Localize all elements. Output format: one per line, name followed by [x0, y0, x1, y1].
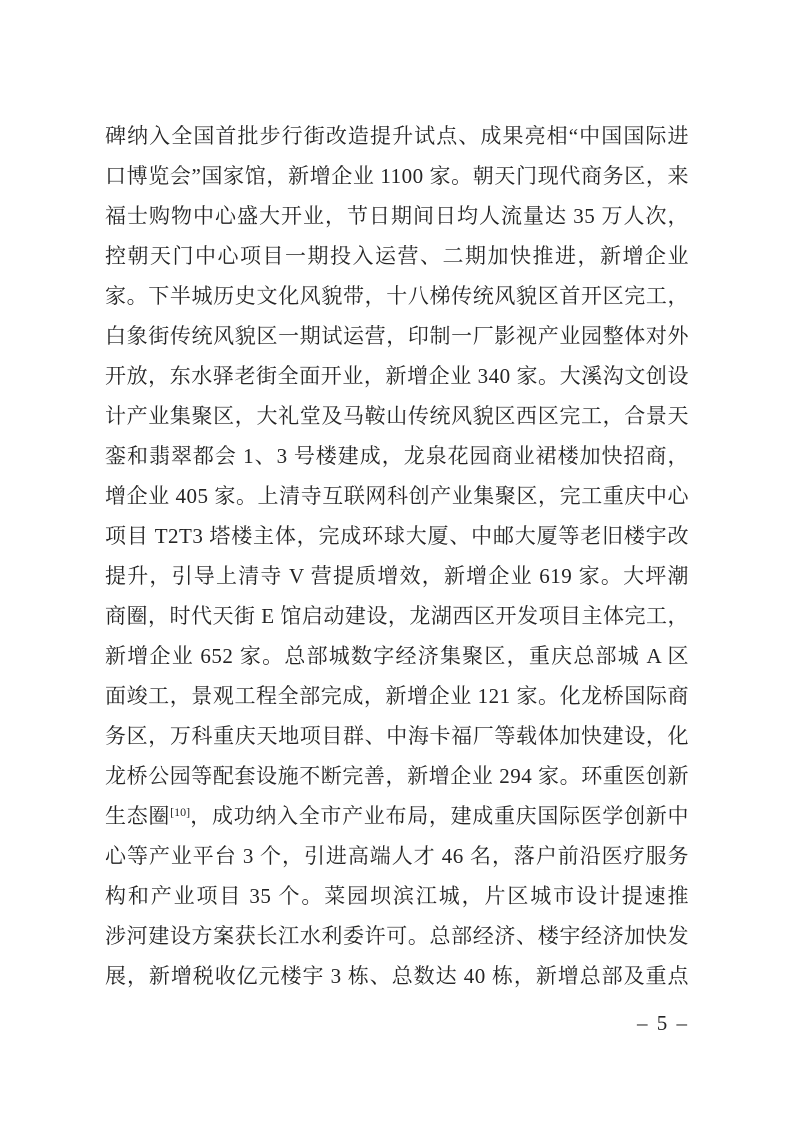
text-line: 口博览会”国家馆，新增企业 1100 家。朝天门现代商务区，来 — [105, 156, 689, 196]
text-line: 福士购物中心盛大开业，节日期间日均人流量达 35 万人次，光 — [105, 196, 689, 236]
text-line: 家。下半城历史文化风貌带，十八梯传统风貌区首开区完工， — [105, 276, 689, 316]
text-line: 控朝天门中心项目一期投入运营、二期加快推进，新增企业 341 — [105, 236, 689, 276]
text-line: 新增企业 652 家。总部城数字经济集聚区，重庆总部城 A 区全 — [105, 636, 689, 676]
text-line: 提升，引导上清寺 V 营提质增效，新增企业 619 家。大坪潮流 — [105, 556, 689, 596]
text-line: 龙桥公园等配套设施不断完善，新增企业 294 家。环重医创新 — [105, 756, 689, 796]
text-line: 增企业 405 家。上清寺互联网科创产业集聚区，完工重庆中心 — [105, 476, 689, 516]
text-line: 构和产业项目 35 个。菜园坝滨江城，片区城市设计提速推进， — [105, 876, 689, 916]
text-line: 展，新增税收亿元楼宇 3 栋、总数达 40 栋，新增总部及重点企 — [105, 956, 689, 996]
text-line: 计产业集聚区，大礼堂及马鞍山传统风貌区西区完工，合景天 — [105, 396, 689, 436]
text-line: 銮和翡翠都会 1、3 号楼建成，龙泉花园商业裙楼加快招商，新 — [105, 436, 689, 476]
text-line: 项目 T2T3 塔楼主体，完成环球大厦、中邮大厦等老旧楼宇改造 — [105, 516, 689, 556]
page-number: – 5 – — [105, 1003, 689, 1043]
text-segment: ，成功纳入全市产业布局，建成重庆国际医学创新中 — [190, 804, 689, 828]
text-lines: 碑纳入全国首批步行街改造提升试点、成果亮相“中国国际进口博览会”国家馆，新增企业… — [105, 116, 689, 996]
text-line: 商圈，时代天街 E 馆启动建设，龙湖西区开发项目主体完工， — [105, 596, 689, 636]
text-line: 碑纳入全国首批步行街改造提升试点、成果亮相“中国国际进 — [105, 116, 689, 156]
text-line: 白象街传统风貌区一期试运营，印制一厂影视产业园整体对外 — [105, 316, 689, 356]
footnote-marker: [10] — [170, 805, 190, 819]
text-line: 心等产业平台 3 个，引进高端人才 46 名，落户前沿医疗服务机 — [105, 836, 689, 876]
text-line: 开放，东水驿老街全面开业，新增企业 340 家。大溪沟文创设 — [105, 356, 689, 396]
text-line: 生态圈[10]，成功纳入全市产业布局，建成重庆国际医学创新中 — [105, 796, 689, 836]
text-line: 涉河建设方案获长江水利委许可。总部经济、楼宇经济加快发 — [105, 916, 689, 956]
text-line: 务区，万科重庆天地项目群、中海卡福厂等载体加快建设，化 — [105, 716, 689, 756]
text-line: 面竣工，景观工程全部完成，新增企业 121 家。化龙桥国际商 — [105, 676, 689, 716]
text-segment: 生态圈 — [105, 804, 170, 828]
document-page: 碑纳入全国首批步行街改造提升试点、成果亮相“中国国际进口博览会”国家馆，新增企业… — [0, 0, 793, 1122]
